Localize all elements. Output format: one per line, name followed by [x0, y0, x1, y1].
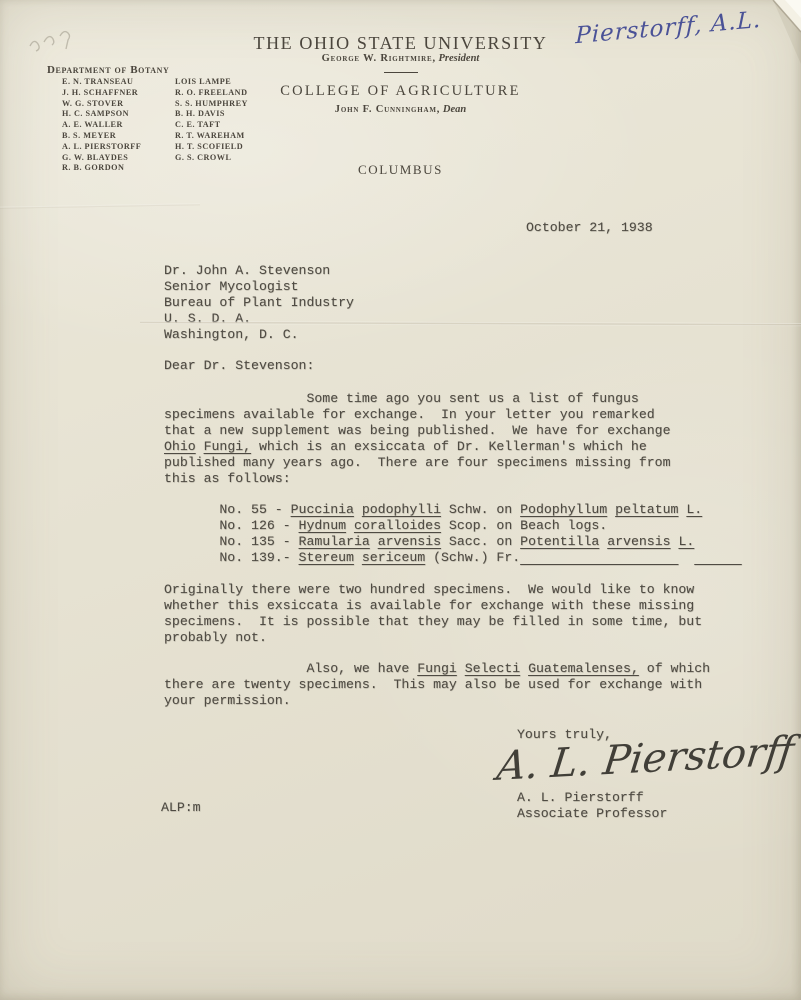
text-line: U. S. D. A. — [164, 311, 354, 327]
text-line: Dr. John A. Stevenson — [164, 263, 354, 279]
dean-title: Dean — [443, 104, 466, 115]
text-line: A. L. Pierstorff — [62, 142, 141, 153]
text-line: C. E. Taft — [175, 120, 248, 131]
text-line: H. T. Scofield — [175, 142, 248, 153]
text-line: specimens. It is possible that they may … — [164, 614, 702, 630]
text-line: Also, we have Fungi Selecti Guatemalense… — [164, 661, 710, 677]
text-line: No. 126 - Hydnum coralloides Scop. on Be… — [164, 518, 742, 534]
text-line: that a new supplement was being publishe… — [164, 423, 670, 439]
college-title: COLLEGE OF AGRICULTURE — [0, 83, 801, 100]
text-line: your permission. — [164, 693, 710, 709]
body-paragraph-2: Originally there were two hundred specim… — [164, 582, 702, 646]
president-title: President — [439, 53, 480, 64]
text-line: Some time ago you sent us a list of fung… — [164, 391, 670, 407]
letterhead-divider-rule — [384, 72, 418, 73]
recipient-address-block: Dr. John A. StevensonSenior MycologistBu… — [164, 263, 354, 343]
text-line: Bureau of Plant Industry — [164, 295, 354, 311]
specimen-list: No. 55 - Puccinia podophylli Schw. on Po… — [164, 502, 742, 566]
body-paragraph-1: Some time ago you sent us a list of fung… — [164, 391, 670, 487]
letter-date: October 21, 1938 — [526, 220, 653, 236]
scanned-letter-page: Department of Botany E. N. TranseauJ. H.… — [0, 0, 801, 1000]
text-line: whether this exsiccata is available for … — [164, 598, 702, 614]
department-heading: Department of Botany — [47, 64, 169, 76]
text-line: this as follows: — [164, 471, 670, 487]
text-line: probably not. — [164, 630, 702, 646]
text-line: B. S. Meyer — [62, 131, 141, 142]
text-line: No. 55 - Puccinia podophylli Schw. on Po… — [164, 502, 742, 518]
typed-signer-name: A. L. Pierstorff — [517, 790, 644, 806]
text-line: published many years ago. There are four… — [164, 455, 670, 471]
dean-line: John F. Cunningham, Dean — [0, 104, 801, 115]
paper-crease-small — [0, 203, 200, 208]
folded-corner — [751, 0, 801, 80]
text-line: No. 135 - Ramularia arvensis Sacc. on Po… — [164, 534, 742, 550]
text-line: Senior Mycologist — [164, 279, 354, 295]
text-line: specimens available for exchange. In you… — [164, 407, 670, 423]
text-line: Originally there were two hundred specim… — [164, 582, 702, 598]
typist-reference: ALP:m — [161, 800, 201, 816]
text-line: there are twenty specimens. This may als… — [164, 677, 710, 693]
president-line: George W. Rightmire, President — [0, 53, 801, 64]
text-line: R. T. Wareham — [175, 131, 248, 142]
president-name: George W. Rightmire, — [322, 53, 436, 64]
text-line: Washington, D. C. — [164, 327, 354, 343]
body-paragraph-3: Also, we have Fungi Selecti Guatemalense… — [164, 661, 710, 709]
salutation: Dear Dr. Stevenson: — [164, 358, 314, 374]
dean-name: John F. Cunningham, — [335, 104, 440, 115]
text-line: No. 139.- Stereum sericeum (Schw.) Fr. — [164, 550, 742, 566]
typed-signer-title: Associate Professor — [517, 806, 667, 822]
text-line: Ohio Fungi, which is an exsiccata of Dr.… — [164, 439, 670, 455]
text-line: A. E. Waller — [62, 120, 141, 131]
city-line: COLUMBUS — [0, 162, 801, 178]
